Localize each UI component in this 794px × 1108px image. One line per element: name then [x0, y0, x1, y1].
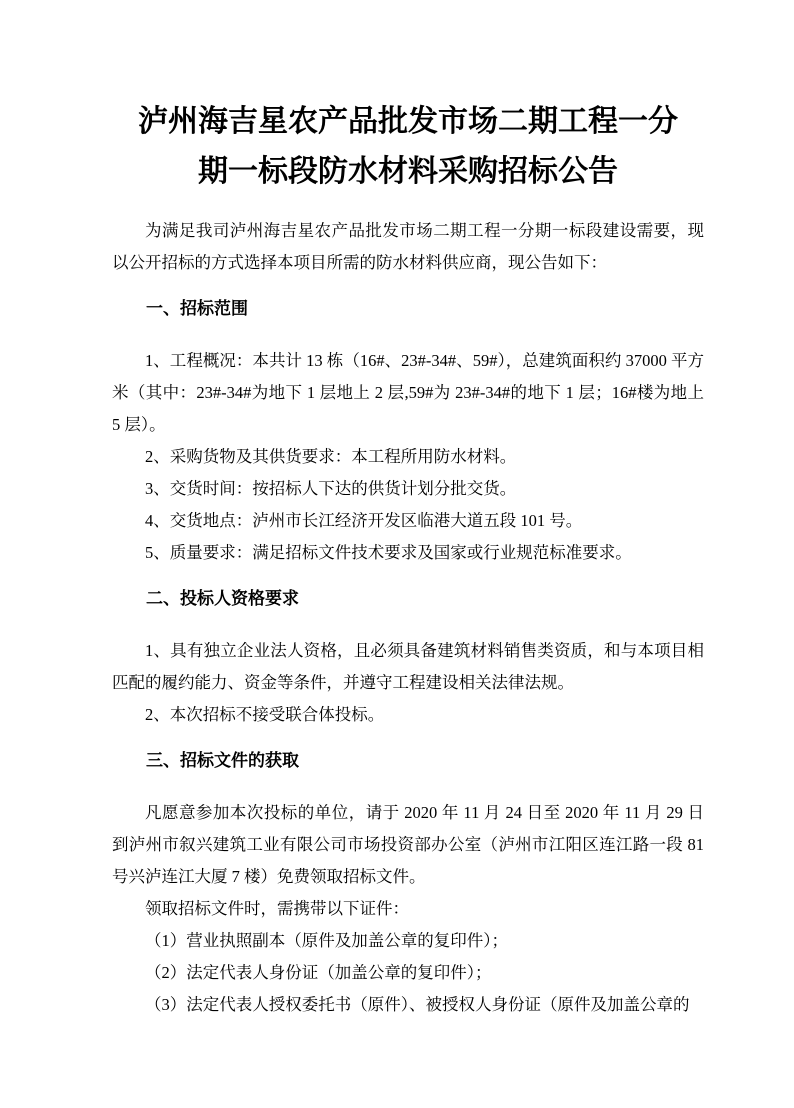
section-heading-document-acquisition: 三、招标文件的获取 [112, 745, 704, 777]
paragraph-delivery-time: 3、交货时间：按招标人下达的供货计划分批交货。 [112, 473, 704, 505]
document-title: 泸州海吉星农产品批发市场二期工程一分期一标段防水材料采购招标公告 [128, 97, 688, 197]
paragraph-credential-1: （1）营业执照副本（原件及加盖公章的复印件）； [112, 925, 704, 957]
paragraph-delivery-place: 4、交货地点：泸州市长江经济开发区临港大道五段 101 号。 [112, 505, 704, 537]
paragraph-qualification-2: 2、本次招标不接受联合体投标。 [112, 699, 704, 731]
paragraph-quality-requirement: 5、质量要求：满足招标文件技术要求及国家或行业规范标准要求。 [112, 537, 704, 569]
section-heading-bid-scope: 一、招标范围 [112, 293, 704, 325]
paragraph-credential-2: （2）法定代表人身份证（加盖公章的复印件）； [112, 957, 704, 989]
paragraph-project-overview: 1、工程概况：本共计 13 栋（16#、23#-34#、59#），总建筑面积约 … [112, 345, 704, 441]
paragraph-required-credentials-lead: 领取招标文件时，需携带以下证件： [112, 893, 704, 925]
paragraph-credential-3: （3）法定代表人授权委托书（原件）、被授权人身份证（原件及加盖公章的 [112, 989, 704, 1021]
intro-paragraph: 为满足我司泸州海吉星农产品批发市场二期工程一分期一标段建设需要，现以公开招标的方… [112, 215, 704, 279]
paragraph-qualification-1: 1、具有独立企业法人资格，且必须具备建筑材料销售类资质，和与本项目相匹配的履约能… [112, 635, 704, 699]
paragraph-procured-goods: 2、采购货物及其供货要求：本工程所用防水材料。 [112, 441, 704, 473]
section-heading-bidder-qualification: 二、投标人资格要求 [112, 583, 704, 615]
document-page: 泸州海吉星农产品批发市场二期工程一分期一标段防水材料采购招标公告 为满足我司泸州… [0, 0, 794, 1108]
paragraph-acquisition-info: 凡愿意参加本次投标的单位，请于 2020 年 11 月 24 日至 2020 年… [112, 797, 704, 893]
